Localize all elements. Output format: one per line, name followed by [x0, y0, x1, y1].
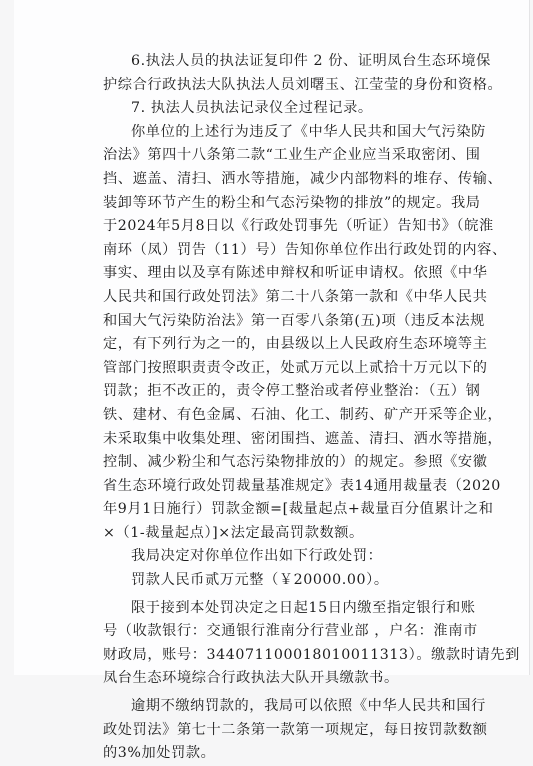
text-line: 我局决定对你单位作出如下行政处罚：: [103, 545, 451, 569]
document-body: 6.执法人员的执法证复印件 2 份、证明凤台生态环境保 护综合行政执法大队执法人…: [103, 50, 451, 675]
text-line: 人民共和国行政处罚法》第二十八条第一款和《中华人民共: [103, 286, 451, 310]
text-line: 事实、理由以及享有陈述申辩权和听证申请权。依照《中华: [103, 262, 451, 286]
text-line: 财政局，账号：344071100018010011313）。缴款时请先到: [103, 644, 451, 668]
text-line: 6.执法人员的执法证复印件 2 份、证明凤台生态环境保: [103, 50, 451, 74]
text-line: 和国大气污染防治法》第一百零八条第(五)项（违反本法规: [103, 310, 451, 334]
text-line: 管部门按照职责责令改正，处贰万元以上贰拾十万元以下的: [103, 357, 451, 381]
document-page: 6.执法人员的执法证复印件 2 份、证明凤台生态环境保 护综合行政执法大队执法人…: [14, 0, 530, 675]
decision-intro: 我局决定对你单位作出如下行政处罚：: [103, 545, 451, 569]
text-line: 7. 执法人员执法记录仪全过程记录。: [103, 97, 451, 121]
text-line: 号（收款银行：交通银行淮南分行营业部 ，户名：淮南市: [103, 620, 451, 644]
text-line: 定，有下列行为之一的，由县级以上人民政府生态环境等主: [103, 333, 451, 357]
evidence-item-6: 6.执法人员的执法证复印件 2 份、证明凤台生态环境保 护综合行政执法大队执法人…: [103, 50, 451, 97]
text-line: 控制、减少粉尘和气态污染物排放的）的规定。参照《安徽: [103, 451, 451, 475]
text-line: 治法》第四十八条第二款“工业生产企业应当采取密闭、围: [103, 144, 451, 168]
evidence-item-7: 7. 执法人员执法记录仪全过程记录。: [103, 97, 451, 121]
text-line: 于2024年5月8日以《行政处罚事先（听证）告知书》（皖淮: [103, 215, 451, 239]
text-line: ×（1-裁量起点）]×法定最高罚款数额。: [103, 522, 451, 546]
penalty-amount: 罚款人民币贰万元整（￥20000.00）。: [103, 569, 451, 593]
violation-paragraph: 你单位的上述行为违反了《中华人民共和国大气污染防 治法》第四十八条第二款“工业生…: [103, 121, 451, 546]
text-line: 未采取集中收集处理、密闭围挡、遮盖、清扫、洒水等措施，: [103, 428, 451, 452]
text-line: 南环（凤）罚告（11）号）告知你单位作出行政处罚的内容、: [103, 239, 451, 263]
text-line: 罚款；拒不改正的，责令停工整治或者停业整治：（五）钢: [103, 380, 451, 404]
text-line: 省生态环境行政处罚裁量基准规定》表14通用裁量表（2020: [103, 475, 451, 499]
text-line: 护综合行政执法大队执法人员刘曙玉、江莹莹的身份和资格。: [103, 74, 451, 98]
text-line: 年9月1日施行）罚款金额=[裁量起点+裁量百分值累计之和: [103, 498, 451, 522]
text-line: 限于接到本处罚决定之日起15日内缴至指定银行和账: [103, 597, 451, 621]
text-line: 装卸等环节产生的粉尘和气态污染物的排放”的规定。我局: [103, 192, 451, 216]
payment-instructions: 限于接到本处罚决定之日起15日内缴至指定银行和账 号（收款银行：交通银行淮南分行…: [103, 597, 451, 675]
text-line: 挡、遮盖、清扫、洒水等措施，减少内部物料的堆存、传输、: [103, 168, 451, 192]
text-line: 你单位的上述行为违反了《中华人民共和国大气污染防: [103, 121, 451, 145]
text-line: 凤台生态环境综合行政执法大队开具缴款书。: [103, 667, 451, 675]
text-line: 罚款人民币贰万元整（￥20000.00）。: [103, 569, 451, 593]
text-line: 铁、建材、有色金属、石油、化工、制药、矿产开采等企业，: [103, 404, 451, 428]
